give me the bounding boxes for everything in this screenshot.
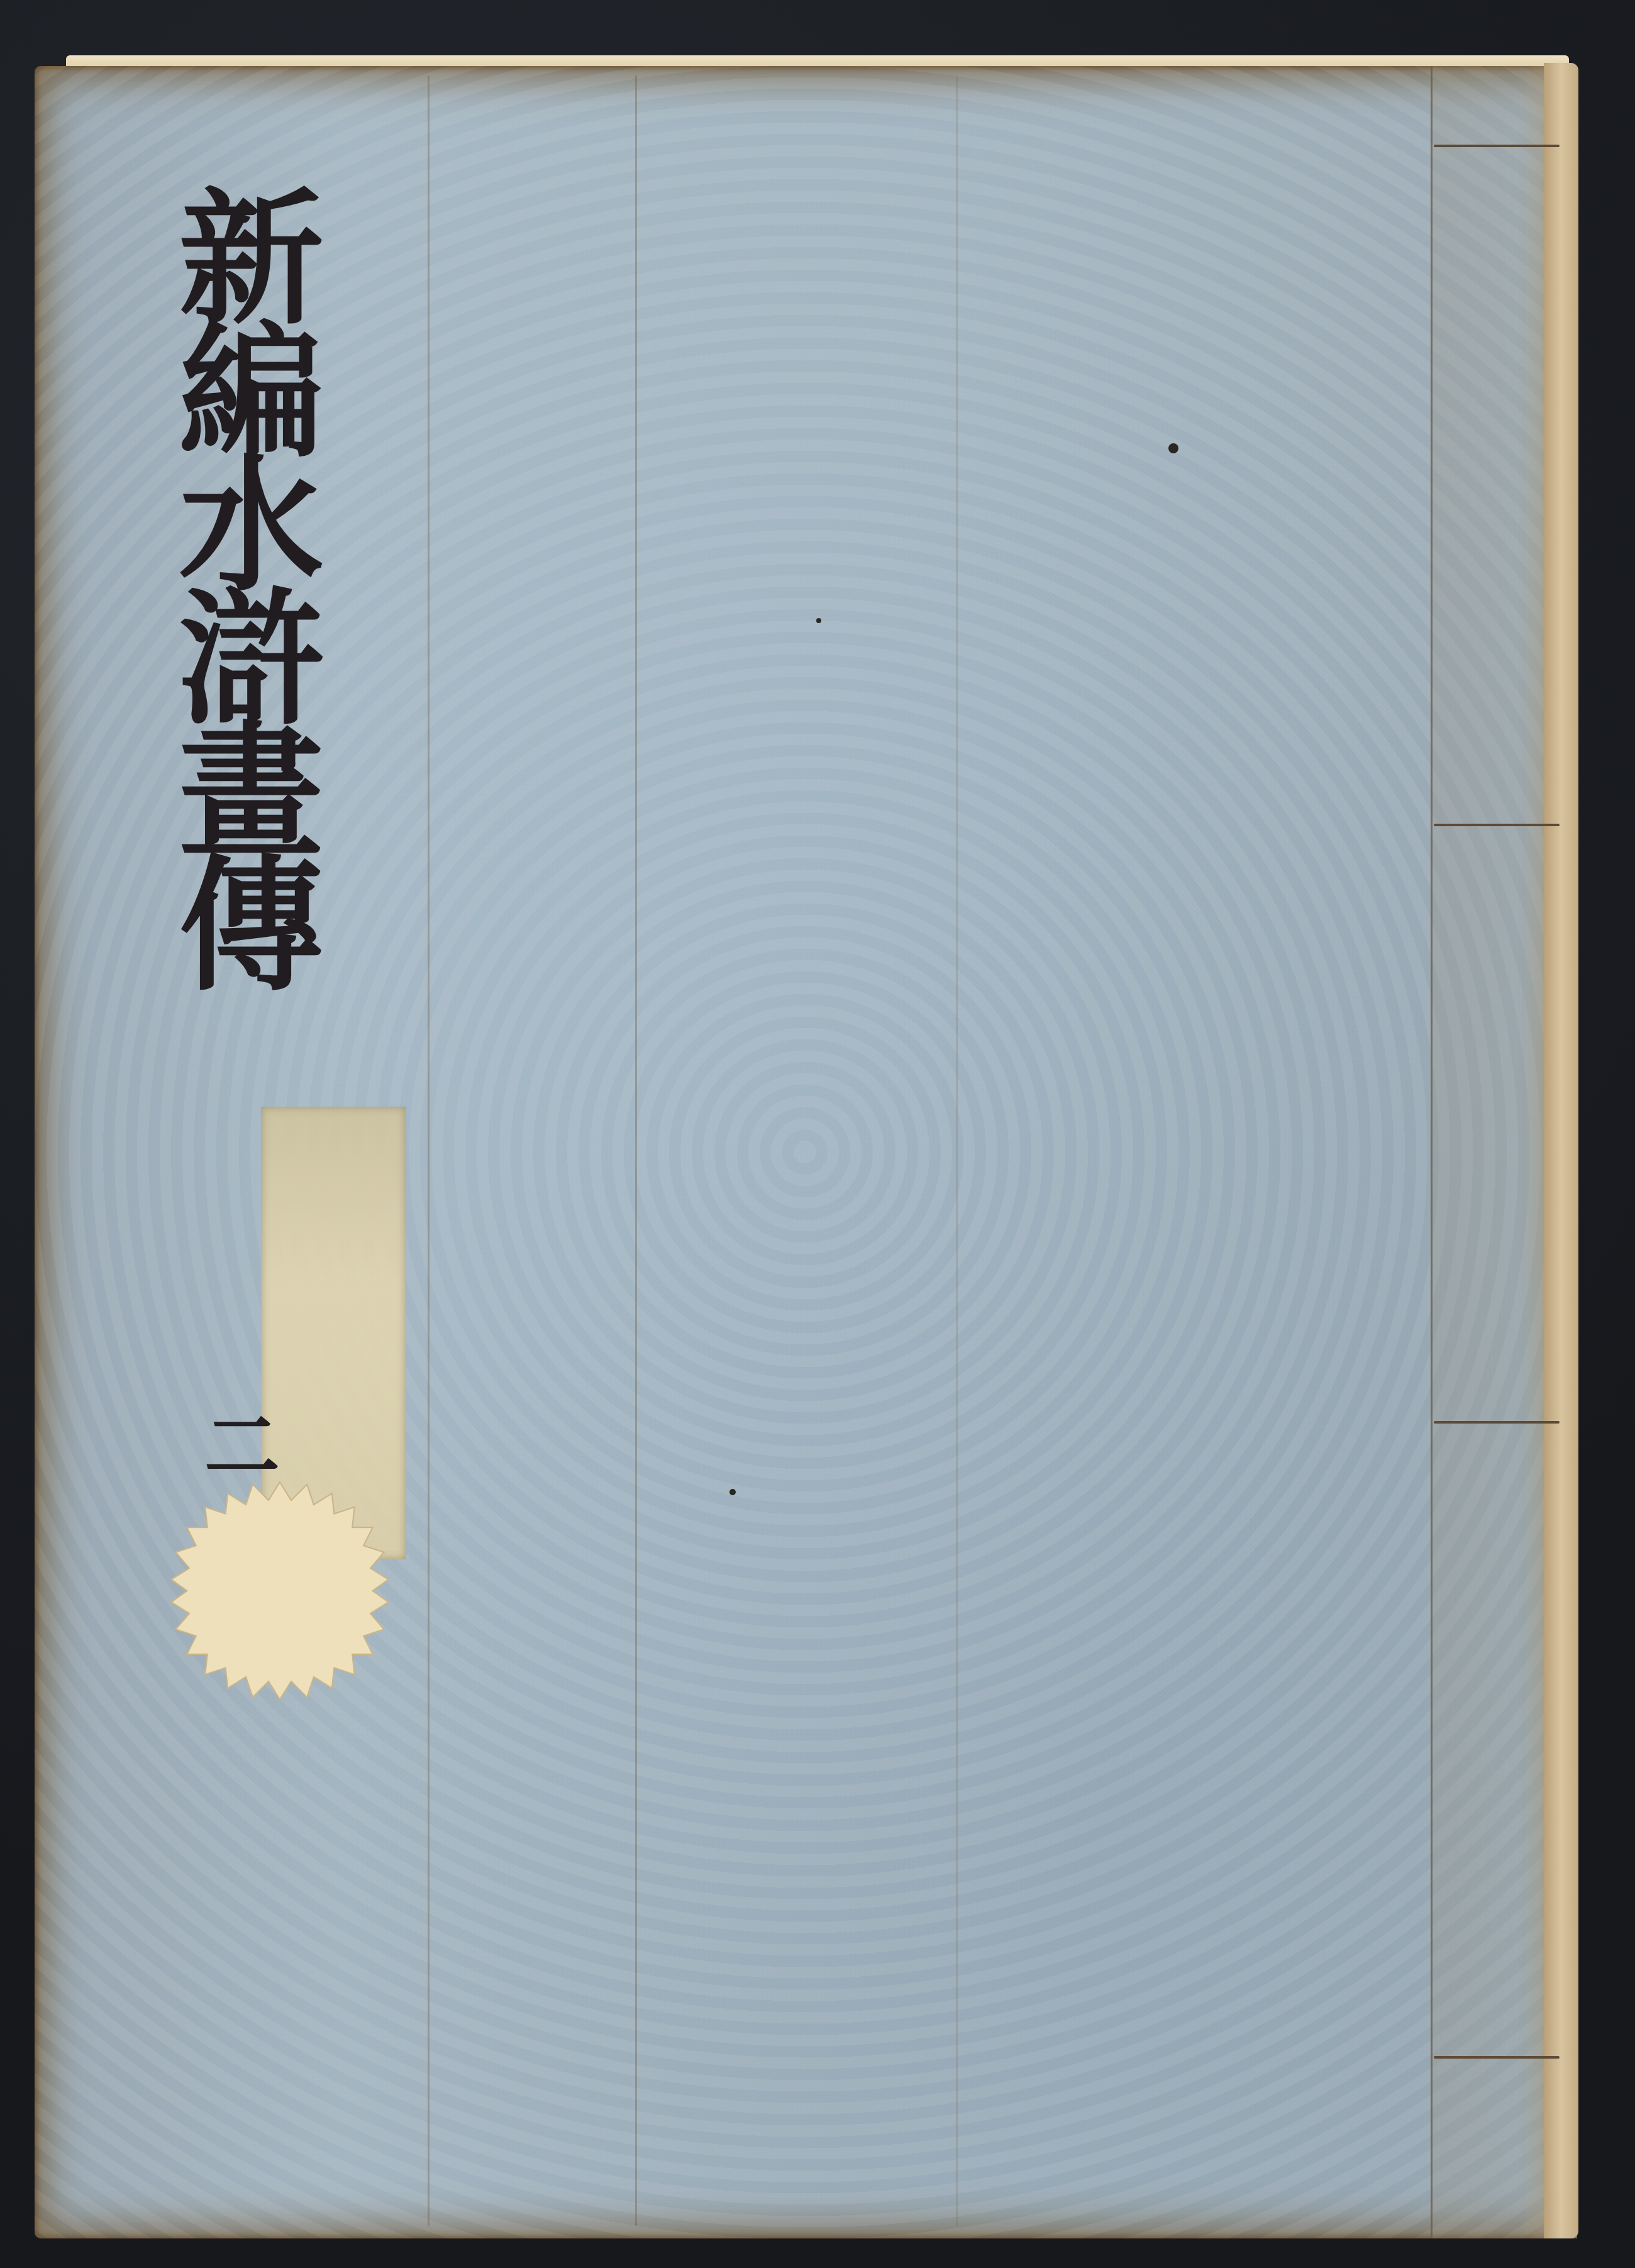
binding-stitch	[1434, 824, 1560, 826]
book-title: 新編水滸畫傳	[113, 182, 340, 1126]
cover-crease	[635, 75, 637, 2226]
binding-stitch	[1434, 145, 1560, 147]
ink-spot	[1168, 443, 1178, 453]
binding-stitch	[1434, 2056, 1560, 2059]
ink-spot	[816, 618, 821, 623]
cover-crease	[956, 75, 958, 2226]
ink-spot	[729, 1489, 736, 1495]
cover-crease	[428, 75, 430, 2226]
spine-edge	[1544, 63, 1578, 2238]
binding-stitch	[1434, 1421, 1560, 1424]
round-seal-sticker	[167, 1478, 393, 1704]
